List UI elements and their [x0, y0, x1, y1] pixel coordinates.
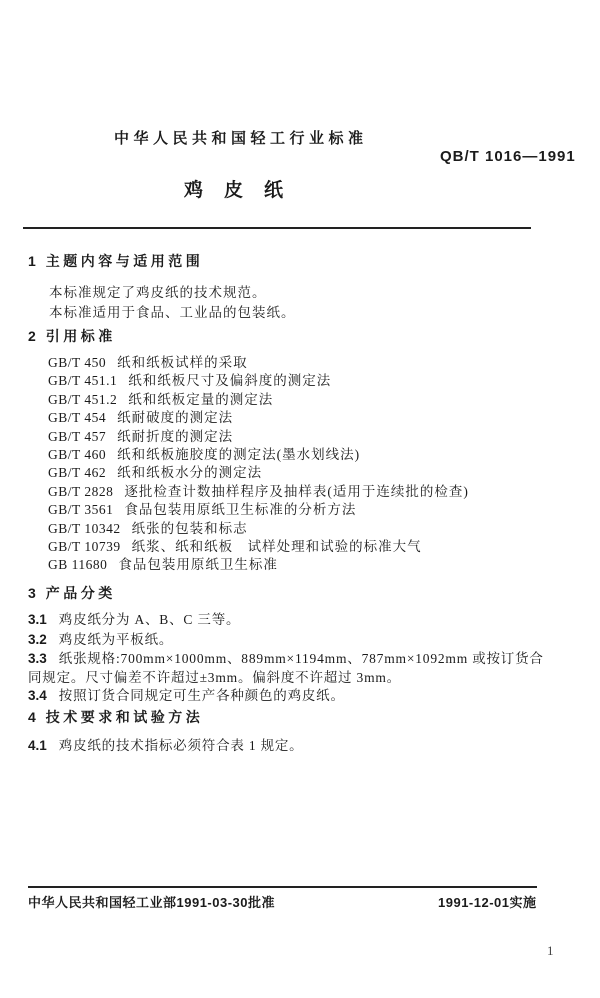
clause-number: 3.3	[28, 651, 47, 666]
clause-text: 鸡皮纸为平板纸。	[59, 632, 173, 647]
reference-code: GB/T 451.2	[48, 391, 117, 409]
reference-item: GB/T 462纸和纸板水分的测定法	[48, 464, 469, 482]
standard-document-page: 中华人民共和国轻工行业标准 QB/T 1016—1991 鸡皮纸 1主题内容与适…	[0, 0, 600, 998]
reference-item: GB/T 10342纸张的包装和标志	[48, 520, 469, 538]
reference-item: GB/T 450纸和纸板试样的采取	[48, 354, 469, 372]
reference-item: GB/T 451.2纸和纸板定量的测定法	[48, 391, 469, 409]
section-1-paragraph: 本标准适用于食品、工业品的包装纸。	[49, 301, 296, 321]
section-2-heading: 2引用标准	[28, 326, 116, 346]
implementation-date: 1991-12-01实施	[438, 892, 537, 911]
clause-3-4: 3.4按照订货合同规定可生产各种颜色的鸡皮纸。	[28, 686, 548, 705]
reference-standards-list: GB/T 450纸和纸板试样的采取 GB/T 451.1纸和纸板尺寸及偏斜度的测…	[48, 354, 469, 575]
reference-item: GB 11680食品包装用原纸卫生标准	[48, 556, 469, 574]
reference-title: 纸和纸板水分的测定法	[117, 465, 262, 480]
reference-code: GB/T 2828	[48, 483, 113, 501]
clause-number: 3.2	[28, 632, 47, 647]
reference-item: GB/T 3561食品包装用原纸卫生标准的分析方法	[48, 501, 469, 519]
section-1-paragraph: 本标准规定了鸡皮纸的技术规范。	[49, 281, 267, 301]
section-1-title: 主题内容与适用范围	[46, 253, 204, 269]
reference-title: 纸张的包装和标志	[132, 521, 248, 536]
clause-text: 鸡皮纸的技术指标必须符合表 1 规定。	[59, 738, 304, 753]
reference-code: GB 11680	[48, 556, 107, 574]
reference-code: GB/T 3561	[48, 501, 113, 519]
approval-notice: 中华人民共和国轻工业部1991-03-30批准	[28, 892, 275, 911]
reference-item: GB/T 2828逐批检查计数抽样程序及抽样表(适用于连续批的检查)	[48, 483, 469, 501]
reference-title: 纸和纸板定量的测定法	[128, 392, 273, 407]
reference-code: GB/T 462	[48, 464, 106, 482]
reference-title: 逐批检查计数抽样程序及抽样表(适用于连续批的检查)	[124, 484, 469, 499]
clause-4-1: 4.1鸡皮纸的技术指标必须符合表 1 规定。	[28, 736, 548, 755]
standard-number: QB/T 1016—1991	[440, 148, 576, 165]
reference-item: GB/T 454纸耐破度的测定法	[48, 409, 469, 427]
reference-title: 纸浆、纸和纸板 试样处理和试验的标准大气	[132, 539, 422, 554]
section-1-heading: 1主题内容与适用范围	[28, 251, 203, 271]
clause-number: 3.4	[28, 688, 47, 703]
reference-code: GB/T 10342	[48, 520, 121, 538]
clause-3-3: 3.3纸张规格:700mm×1000mm、889mm×1194mm、787mm×…	[28, 649, 548, 687]
reference-title: 食品包装用原纸卫生标准的分析方法	[124, 502, 356, 517]
clause-number: 3.1	[28, 612, 47, 627]
standard-type-heading: 中华人民共和国轻工行业标准	[114, 127, 368, 148]
clause-text: 按照订货合同规定可生产各种颜色的鸡皮纸。	[59, 688, 345, 703]
reference-code: GB/T 457	[48, 428, 106, 446]
clause-text: 纸张规格:700mm×1000mm、889mm×1194mm、787mm×109…	[28, 651, 544, 685]
reference-title: 食品包装用原纸卫生标准	[118, 557, 278, 572]
section-4-number: 4	[28, 709, 36, 725]
reference-item: GB/T 460纸和纸板施胶度的测定法(墨水划线法)	[48, 446, 469, 464]
footer-divider-rule	[28, 886, 537, 888]
clause-3-1: 3.1鸡皮纸分为 A、B、C 三等。	[28, 610, 548, 629]
section-4-title: 技术要求和试验方法	[46, 709, 204, 725]
reference-code: GB/T 454	[48, 409, 106, 427]
reference-code: GB/T 450	[48, 354, 106, 372]
reference-title: 纸和纸板试样的采取	[117, 355, 248, 370]
section-3-heading: 3产品分类	[28, 583, 116, 603]
reference-title: 纸和纸板尺寸及偏斜度的测定法	[128, 373, 331, 388]
page-number: 1	[547, 943, 554, 959]
reference-item: GB/T 10739纸浆、纸和纸板 试样处理和试验的标准大气	[48, 538, 469, 556]
reference-title: 纸和纸板施胶度的测定法(墨水划线法)	[117, 447, 360, 462]
reference-item: GB/T 451.1纸和纸板尺寸及偏斜度的测定法	[48, 372, 469, 390]
reference-code: GB/T 451.1	[48, 372, 117, 390]
clause-text: 鸡皮纸分为 A、B、C 三等。	[59, 612, 241, 627]
reference-item: GB/T 457纸耐折度的测定法	[48, 428, 469, 446]
section-2-number: 2	[28, 328, 36, 344]
section-1-number: 1	[28, 253, 36, 269]
reference-code: GB/T 460	[48, 446, 106, 464]
section-2-title: 引用标准	[46, 328, 116, 344]
reference-title: 纸耐折度的测定法	[117, 429, 233, 444]
header-divider-rule	[23, 227, 531, 229]
reference-code: GB/T 10739	[48, 538, 121, 556]
clause-number: 4.1	[28, 738, 47, 753]
section-3-title: 产品分类	[46, 585, 116, 601]
section-3-number: 3	[28, 585, 36, 601]
document-title: 鸡皮纸	[184, 175, 304, 202]
reference-title: 纸耐破度的测定法	[117, 410, 233, 425]
section-4-heading: 4技术要求和试验方法	[28, 707, 203, 727]
clause-3-2: 3.2鸡皮纸为平板纸。	[28, 630, 548, 649]
